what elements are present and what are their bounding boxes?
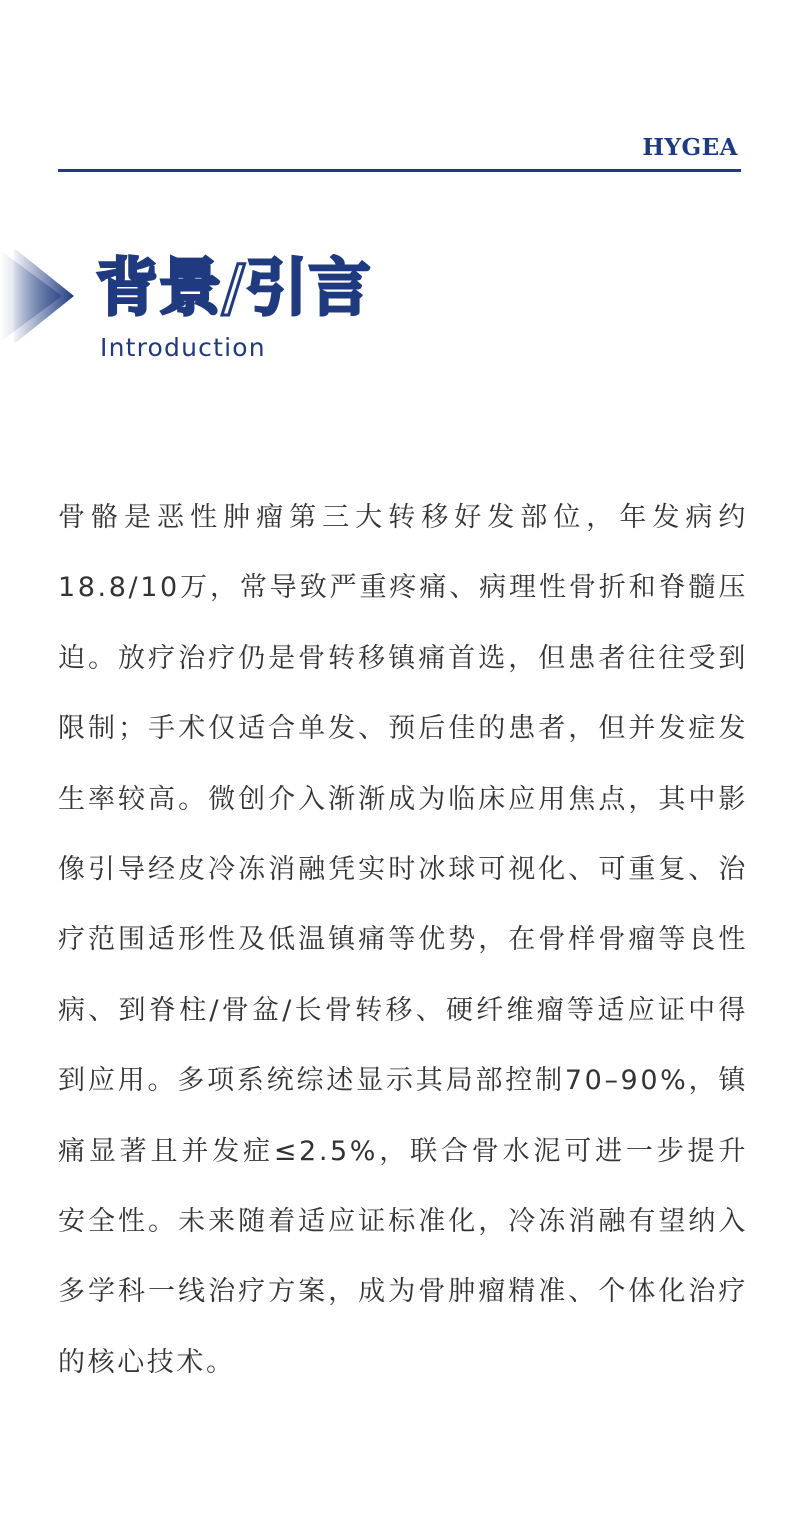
triangle-arrow-icon [0, 246, 76, 346]
section-title: 背景/引言 [96, 252, 372, 324]
header-divider [58, 169, 741, 172]
intro-paragraph: 骨骼是恶性肿瘤第三大转移好发部位，年发病约18.8/10万，常导致严重疼痛、病理… [58, 483, 748, 1398]
section-subtitle: Introduction [100, 333, 266, 362]
brand-logo: HYGEA [642, 134, 738, 161]
